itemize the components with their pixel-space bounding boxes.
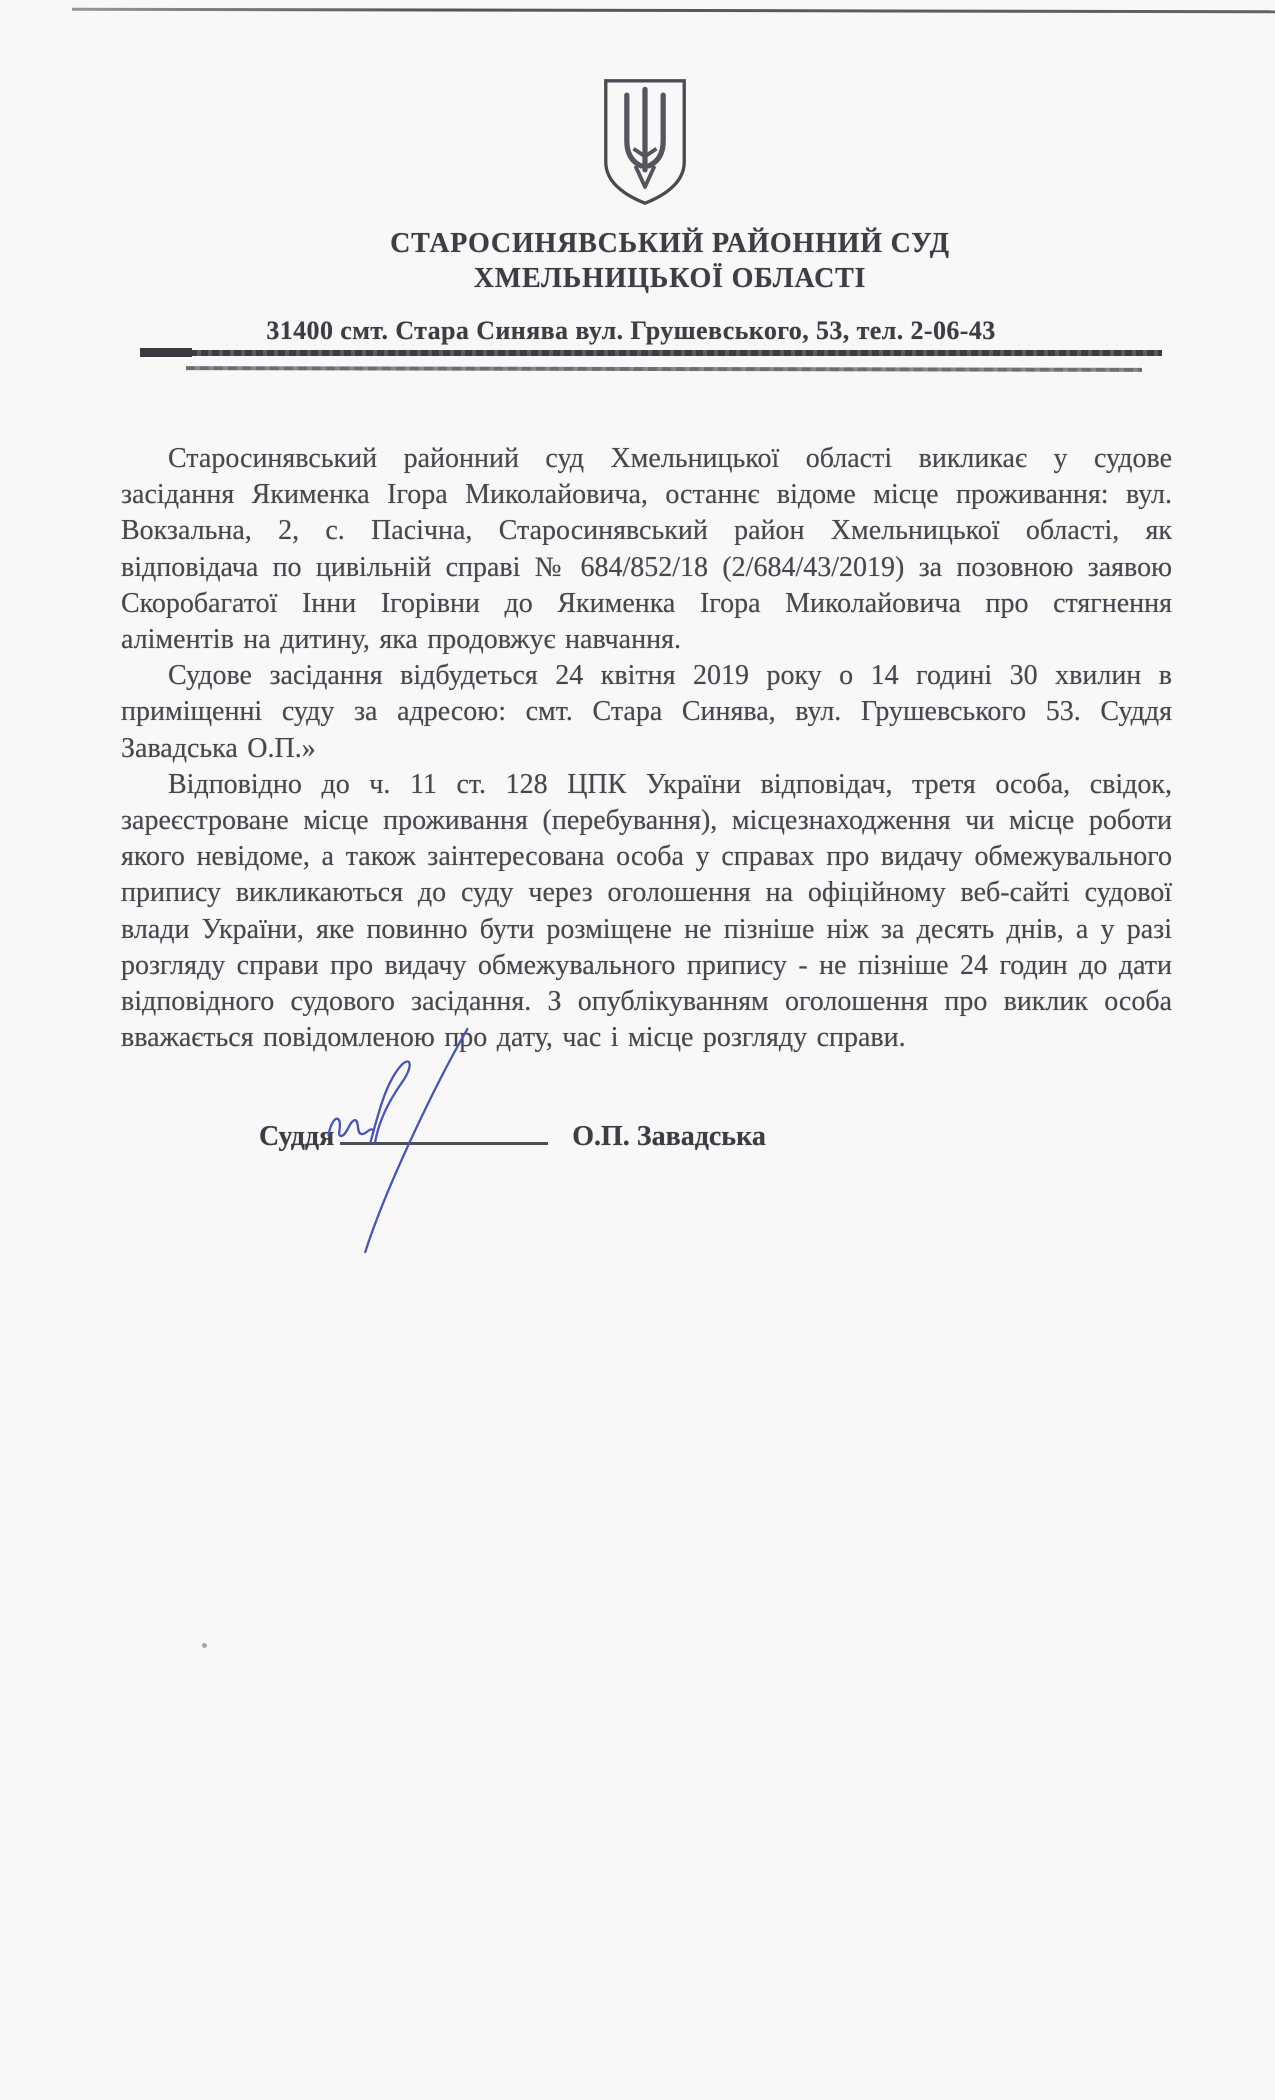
court-name-line1: СТАРОСИНЯВСЬКИЙ РАЙОННИЙ СУД xyxy=(70,226,1270,261)
trident-shield-icon xyxy=(597,76,693,208)
judge-label: Суддя xyxy=(259,1121,334,1153)
court-title: СТАРОСИНЯВСЬКИЙ РАЙОННИЙ СУД ХМЕЛЬНИЦЬКО… xyxy=(70,226,1270,296)
signature-line xyxy=(340,1112,548,1145)
signature-row: Суддя О.П. Завадська xyxy=(259,1112,766,1153)
paragraph-summons: Старосинявський районний суд Хмельницько… xyxy=(121,441,1172,658)
divider-rule-bottom xyxy=(186,366,1142,372)
court-address: 31400 смт. Стара Синява вул. Грушевськог… xyxy=(0,316,1262,346)
paragraph-legal-basis: Відповідно до ч. 11 ст. 128 ЦПК України … xyxy=(121,767,1172,1057)
ukraine-trident-emblem xyxy=(597,76,693,208)
judge-name: О.П. Завадська xyxy=(572,1121,766,1153)
scan-artifact-speck xyxy=(202,1643,207,1648)
document-page: СТАРОСИНЯВСЬКИЙ РАЙОННИЙ СУД ХМЕЛЬНИЦЬКО… xyxy=(0,0,1275,2100)
divider-rule-top xyxy=(190,350,1162,356)
scan-artifact-top-edge xyxy=(72,8,1275,14)
court-name-line2: ХМЕЛЬНИЦЬКОЇ ОБЛАСТІ xyxy=(70,261,1270,296)
paragraph-hearing-details: Судове засідання відбудеться 24 квітня 2… xyxy=(121,658,1172,767)
document-body: Старосинявський районний суд Хмельницько… xyxy=(121,441,1172,1056)
